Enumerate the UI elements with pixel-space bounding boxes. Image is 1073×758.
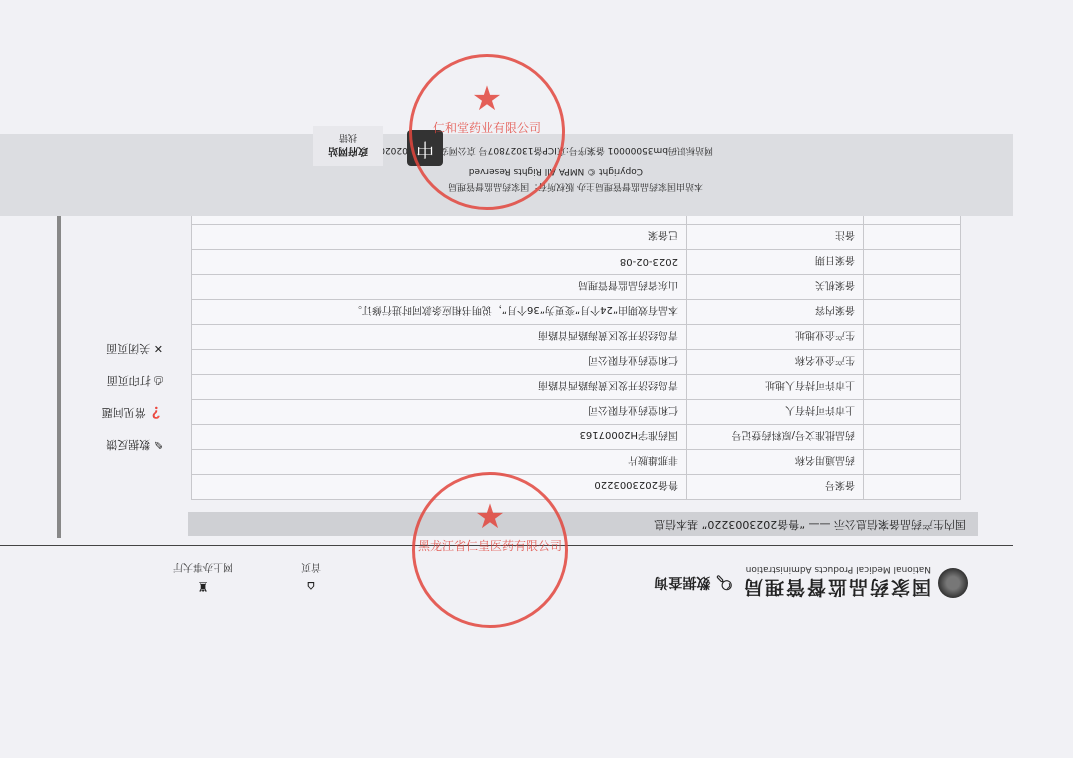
table-row: 备案号鲁备2023003220 [192, 475, 961, 500]
feedback-icon: ✎ [150, 438, 163, 451]
data-query-link[interactable]: 🔍︎ 数据查询 [654, 573, 733, 593]
search-doc-icon: 🔍︎ [710, 574, 733, 590]
row-value: 已备案 [192, 225, 687, 250]
feedback-button[interactable]: ✎ 数据反馈 [106, 437, 163, 453]
row-key: 上市许可持有人 [687, 400, 864, 425]
org-name-cn: 国家药品监督管理局 [742, 575, 931, 602]
print-icon: ⎙ [151, 374, 163, 387]
close-icon: ✕ [150, 342, 163, 355]
row-key: 药品通用名称 [687, 450, 864, 475]
row-spacer [864, 375, 961, 400]
table-row: 上市许可持有人地址青岛经济开发区黄海路西首路南 [192, 375, 961, 400]
close-page-button[interactable]: ✕ 关闭页面 [106, 341, 163, 357]
row-spacer [864, 225, 961, 250]
scanned-page: 国家药品监督管理局 National Medical Products Admi… [0, 0, 1073, 758]
table-row: 备案机关山东省药品监督管理局 [192, 275, 961, 300]
row-spacer [864, 475, 961, 500]
company-seal-1: ★ 仁和堂药业有限公司 [409, 54, 565, 210]
gov-site-error-report[interactable]: 政府网站 找错 [313, 126, 383, 166]
table-row: 备注已备案 [192, 225, 961, 250]
row-key: 上市许可持有人地址 [687, 375, 864, 400]
row-spacer [864, 250, 961, 275]
nav-home[interactable]: ⌂ 首页 [301, 561, 321, 593]
row-spacer [864, 300, 961, 325]
table-row: 药品批准文号/原料药登记号国药准字H20007163 [192, 425, 961, 450]
company-seal-2: ★ 黑龙江省仁皇医药有限公司 [412, 472, 568, 628]
row-key: 备注 [687, 225, 864, 250]
org-name-en: National Medical Products Administration [746, 564, 931, 574]
row-value: 国药准字H20007163 [192, 425, 687, 450]
row-value: 仁和堂药业有限公司 [192, 350, 687, 375]
print-button[interactable]: ⎙ 打印页面 [107, 373, 163, 389]
table-row: 药品通用名称非那雄胺片 [192, 450, 961, 475]
nmpa-emblem-icon [938, 568, 968, 598]
section-title: 国内生产药品备案信息公示 —— “鲁备2023003220” 基本信息 [188, 512, 978, 536]
seal-star-icon: ★ [415, 497, 565, 537]
row-spacer [864, 400, 961, 425]
table-row: 生产企业地址青岛经济开发区黄海路西首路南 [192, 325, 961, 350]
row-key: 备案日期 [687, 250, 864, 275]
info-table: 备案号鲁备2023003220药品通用名称非那雄胺片药品批准文号/原料药登记号国… [191, 199, 961, 500]
row-spacer [864, 325, 961, 350]
home-icon: ⌂ [301, 578, 321, 593]
row-key: 生产企业地址 [687, 325, 864, 350]
row-value: 本品有效期由“24个月”变更为“36个月”，说明书相应条款同时进行修订。 [192, 300, 687, 325]
row-spacer [864, 450, 961, 475]
question-icon: ❓ [146, 406, 163, 419]
row-value: 非那雄胺片 [192, 450, 687, 475]
table-row: 生产企业名称仁和堂药业有限公司 [192, 350, 961, 375]
faq-button[interactable]: ❓ 常见问题 [102, 405, 163, 421]
row-key: 生产企业名称 [687, 350, 864, 375]
table-row: 备案内容本品有效期由“24个月”变更为“36个月”，说明书相应条款同时进行修订。 [192, 300, 961, 325]
row-spacer [864, 350, 961, 375]
row-value: 仁和堂药业有限公司 [192, 400, 687, 425]
row-value: 山东省药品监督管理局 [192, 275, 687, 300]
row-value: 青岛经济开发区黄海路西首路南 [192, 375, 687, 400]
row-key: 备案机关 [687, 275, 864, 300]
row-spacer [864, 275, 961, 300]
table-row: 上市许可持有人仁和堂药业有限公司 [192, 400, 961, 425]
row-key: 备案内容 [687, 300, 864, 325]
row-value: 2023-02-08 [192, 250, 687, 275]
nav-service-hall[interactable]: ♜ 网上办事大厅 [173, 561, 233, 593]
row-key: 药品批准文号/原料药登记号 [687, 425, 864, 450]
service-hall-icon: ♜ [173, 578, 233, 593]
row-value: 青岛经济开发区黄海路西首路南 [192, 325, 687, 350]
row-spacer [864, 425, 961, 450]
table-row: 备案日期2023-02-08 [192, 250, 961, 275]
row-key: 备案号 [687, 475, 864, 500]
seal-star-icon: ★ [412, 79, 562, 119]
